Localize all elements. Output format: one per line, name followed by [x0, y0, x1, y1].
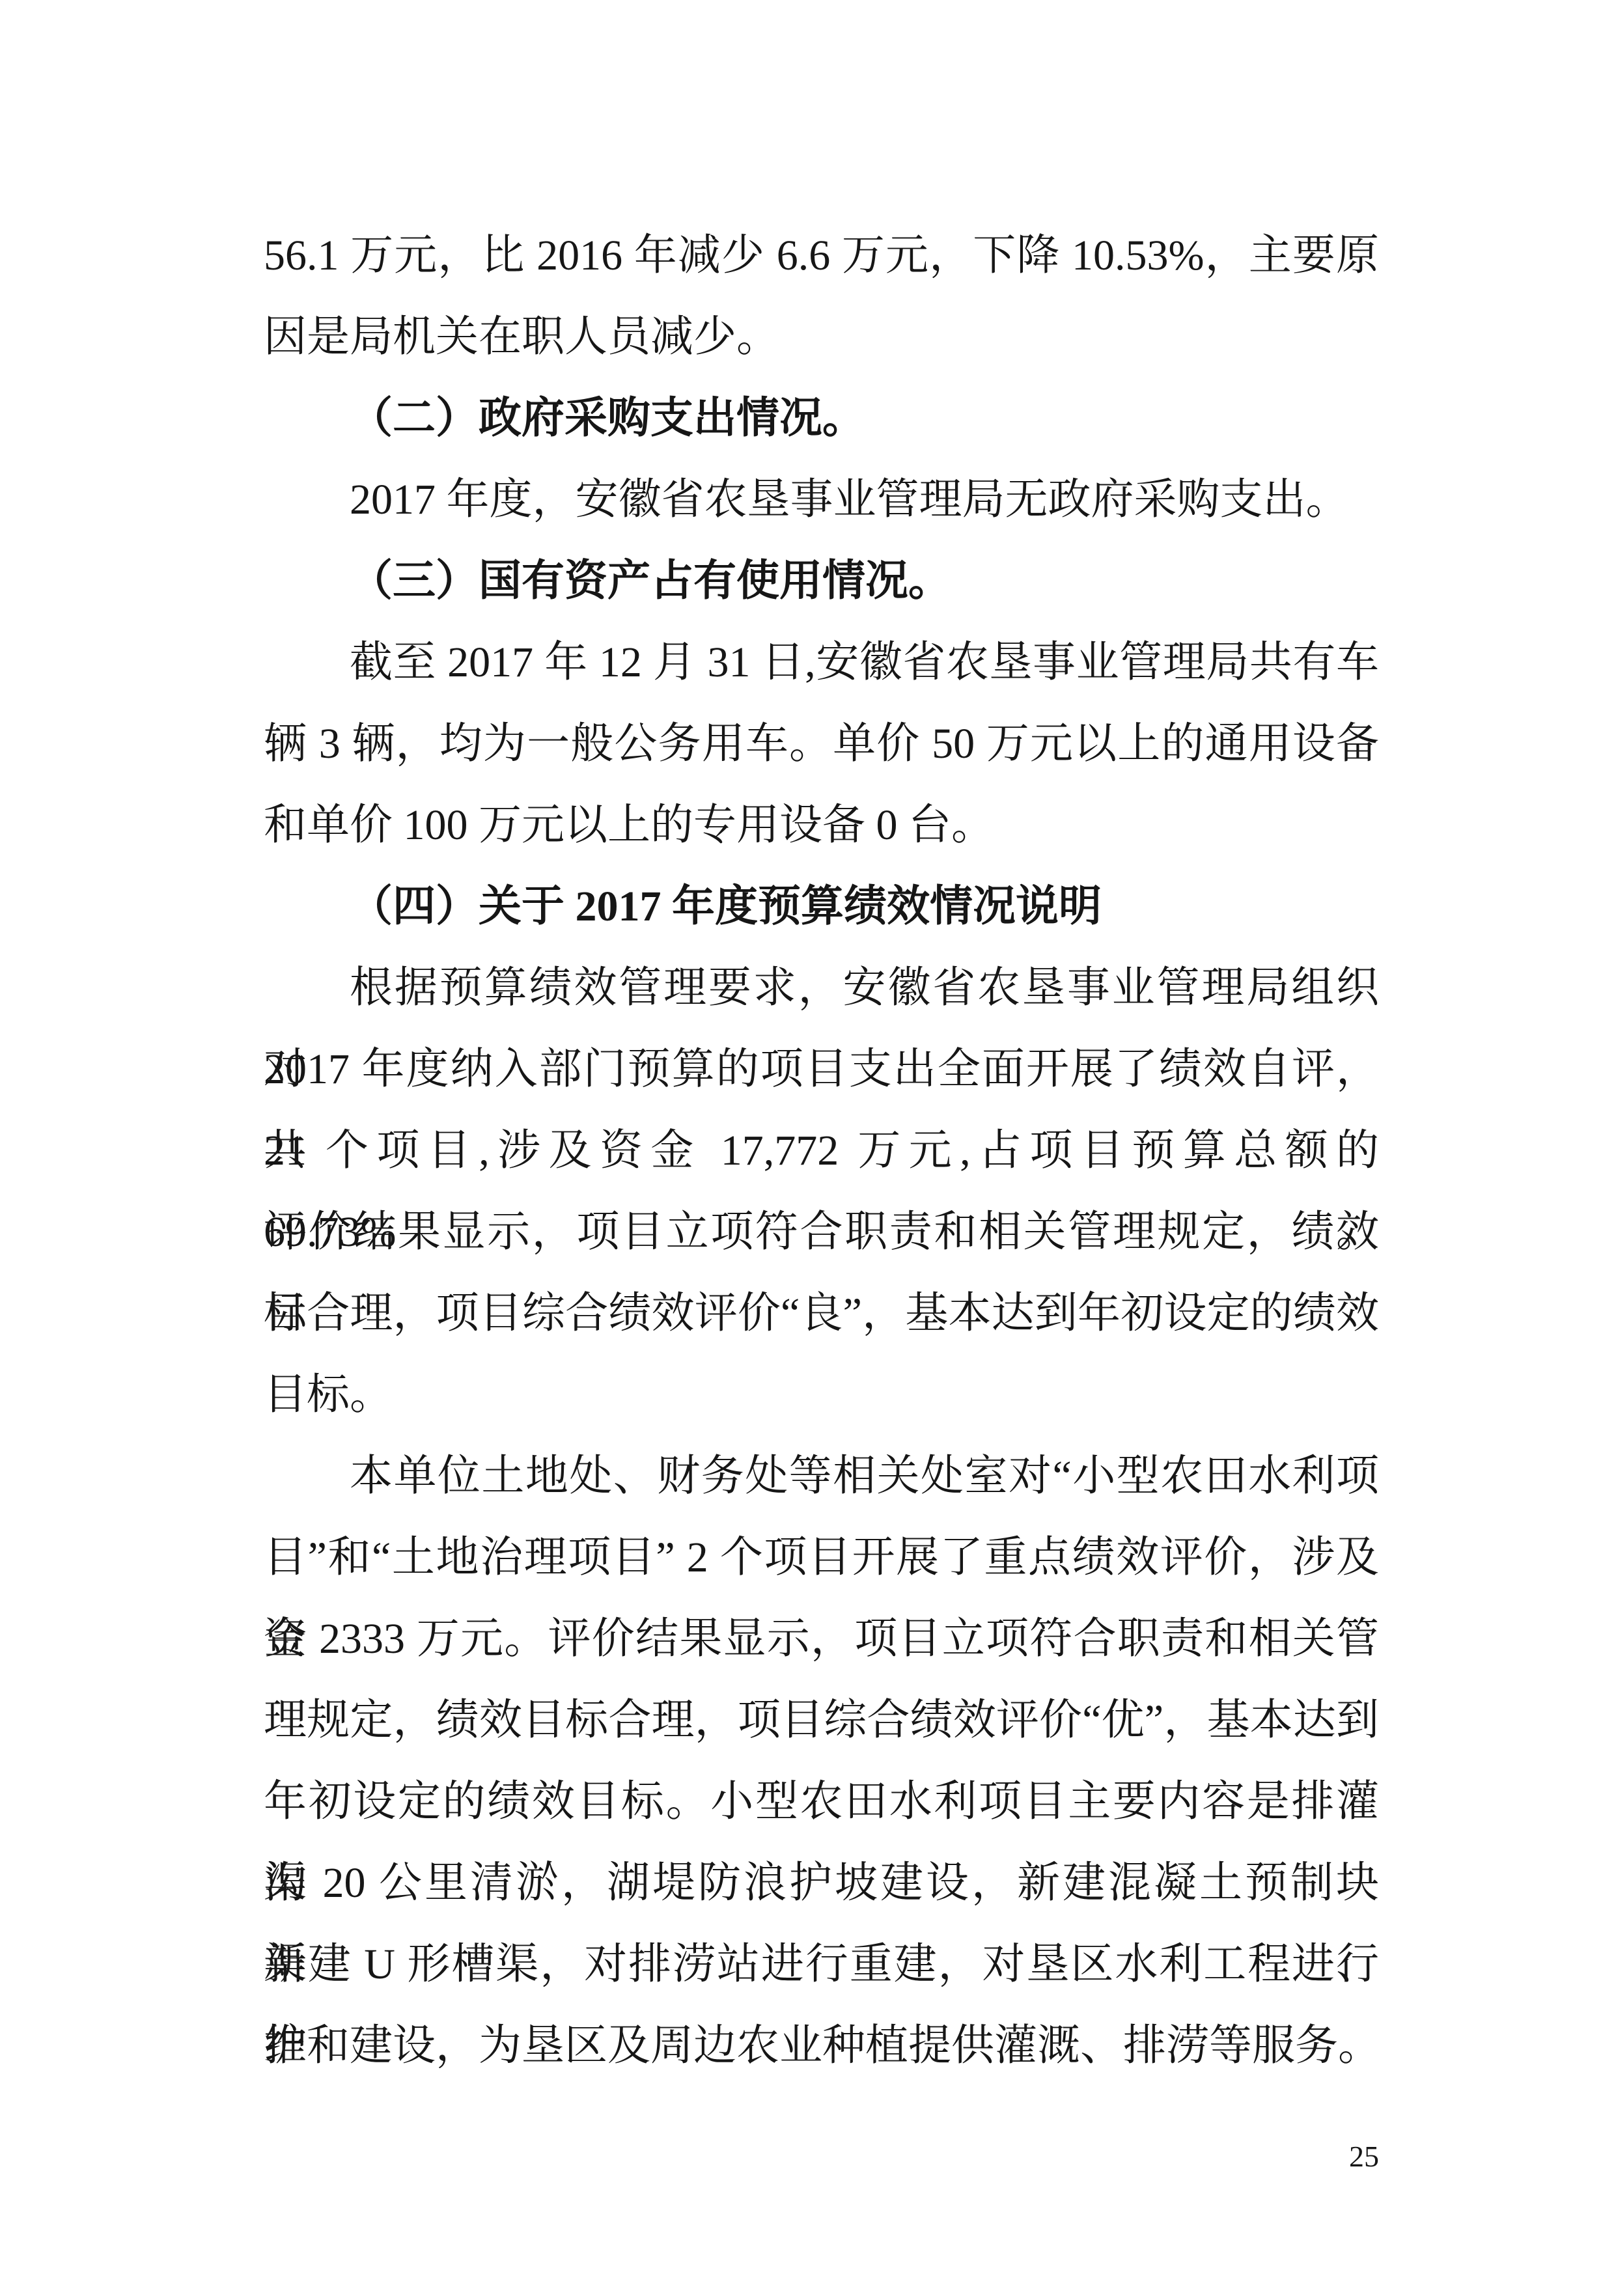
text-line: 渠 20 公里清淤，湖堤防浪护坡建设，新建混凝土预制块渠、 — [264, 1842, 1379, 1924]
text-line: 和单价 100 万元以上的专用设备 0 台。 — [264, 784, 1379, 866]
text-line: 因是局机关在职人员减少。 — [264, 296, 1379, 378]
text-line: （四）关于 2017 年度预算绩效情况说明 — [264, 866, 1379, 947]
document-text-block: 56.1 万元，比 2016 年减少 6.6 万元，下降 10.53%，主要原因… — [264, 215, 1379, 2086]
text-line: 标合理，项目综合绩效评价“良”，基本达到年初设定的绩效 — [264, 1273, 1379, 1354]
text-line: 护和建设，为垦区及周边农业种植提供灌溉、排涝等服务。 — [264, 2005, 1379, 2086]
text-line: （三）国有资产占有使用情况。 — [264, 540, 1379, 622]
text-line: 2017 年度，安徽省农垦事业管理局无政府采购支出。 — [264, 459, 1379, 540]
text-line: （二）政府采购支出情况。 — [264, 378, 1379, 459]
text-line: 根据预算绩效管理要求，安徽省农垦事业管理局组织对 — [264, 947, 1379, 1029]
text-line: 新建 U 形槽渠，对排涝站进行重建，对垦区水利工程进行维 — [264, 1924, 1379, 2005]
text-line: 本单位土地处、财务处等相关处室对“小型农田水利项 — [264, 1435, 1379, 1517]
text-line: 目”和“土地治理项目” 2 个项目开展了重点绩效评价，涉及资 — [264, 1517, 1379, 1598]
text-line: 截至 2017 年 12 月 31 日,安徽省农垦事业管理局共有车 — [264, 622, 1379, 703]
text-line: 金 2333 万元。评价结果显示，项目立项符合职责和相关管 — [264, 1598, 1379, 1680]
text-line: 年初设定的绩效目标。小型农田水利项目主要内容是排灌沟 — [264, 1761, 1379, 1842]
text-line: 目标。 — [264, 1354, 1379, 1435]
text-line: 辆 3 辆，均为一般公务用车。单价 50 万元以上的通用设备 — [264, 703, 1379, 784]
text-line: 21 个项目,涉及资金 17,772 万元,占项目预算总额的 69.73%。 — [264, 1110, 1379, 1191]
page-number: 25 — [264, 2137, 1379, 2176]
text-line: 理规定，绩效目标合理，项目综合绩效评价“优”，基本达到 — [264, 1680, 1379, 1761]
document-page: 56.1 万元，比 2016 年减少 6.6 万元，下降 10.53%，主要原因… — [0, 0, 1616, 2296]
text-line: 2017 年度纳入部门预算的项目支出全面开展了绩效自评，共 — [264, 1029, 1379, 1110]
text-line: 评价结果显示，项目立项符合职责和相关管理规定，绩效目 — [264, 1191, 1379, 1273]
text-line: 56.1 万元，比 2016 年减少 6.6 万元，下降 10.53%，主要原 — [264, 215, 1379, 296]
